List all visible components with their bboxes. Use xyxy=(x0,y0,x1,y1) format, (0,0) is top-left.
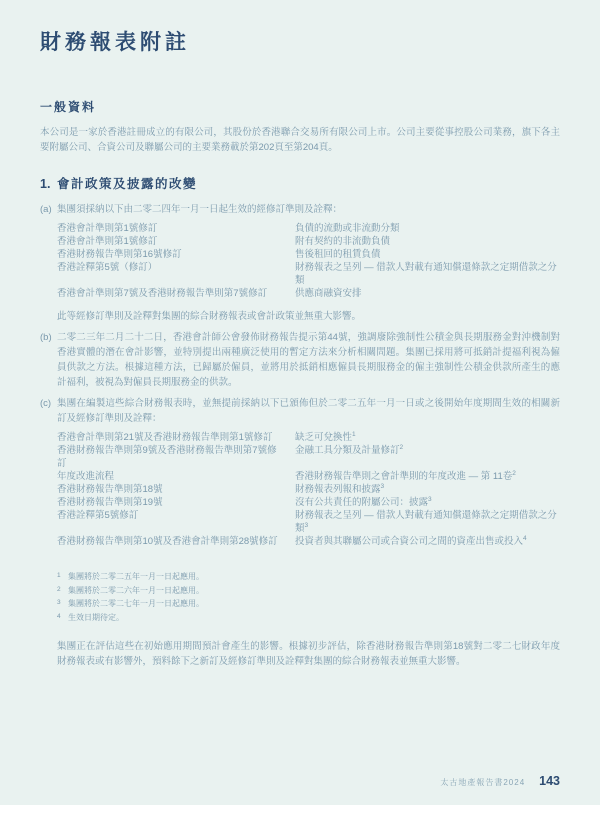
standard-name: 香港財務報告準則第19號 xyxy=(57,496,295,509)
standard-name: 香港財務報告準則第9號及香港財務報告準則第7號修訂 xyxy=(57,444,295,470)
standard-description: 投資者與其聯屬公司或合資公司之間的資產出售或投入4 xyxy=(295,535,560,548)
table-row: 香港詮釋第5號修訂 財務報表之呈列 — 借款人對載有通知償還條款之定期借款之分類… xyxy=(57,509,560,535)
footnote-marker: 3 xyxy=(57,596,68,610)
table-row: 香港財務報告準則第19號 沒有公共責任的附屬公司：披露3 xyxy=(57,496,560,509)
footnote-text: 集團將於二零二五年一月一日起應用。 xyxy=(68,570,204,584)
item-a-marker: (a) xyxy=(40,202,57,324)
item-a-body: 集團須採納以下由二零二四年一月一日起生效的經修訂準則及詮釋： 香港會計準則第1號… xyxy=(57,202,560,324)
footnote-item: 2 集團將於二零二六年一月一日起應用。 xyxy=(57,584,560,598)
standard-description: 缺乏可兌換性1 xyxy=(295,431,560,444)
section-heading-label: 會計政策及披露的改變 xyxy=(57,177,197,192)
standard-name: 香港財務報告準則第16號修訂 xyxy=(57,248,295,261)
table-row: 年度改進流程 香港財務報告準則之會計準則的年度改進 — 第 11卷2 xyxy=(57,470,560,483)
item-c-intro: 集團在編製這些綜合財務報表時，並無提前採納以下已頒佈但於二零二五年一月一日或之後… xyxy=(57,396,560,426)
standard-description: 財務報表列報和披露3 xyxy=(295,483,560,496)
footnote-ref: 1 xyxy=(352,431,356,438)
item-c: (c) 集團在編製這些綜合財務報表時，並無提前採納以下已頒佈但於二零二五年一月一… xyxy=(40,396,560,557)
document-page: 財務報表附註 一般資料 本公司是一家於香港註冊成立的有限公司，其股份於香港聯合交… xyxy=(0,0,600,814)
standard-description-text: 財務報表之呈列 — 借款人對載有通知償還條款之定期借款之分類 xyxy=(295,510,557,534)
item-a: (a) 集團須採納以下由二零二四年一月一日起生效的經修訂準則及詮釋： 香港會計準… xyxy=(40,202,560,324)
table-row: 香港財務報告準則第16號修訂 售後租回的租賃負債 xyxy=(57,248,560,261)
general-section: 一般資料 本公司是一家於香港註冊成立的有限公司，其股份於香港聯合交易所有限公司上… xyxy=(40,100,560,155)
standard-description: 沒有公共責任的附屬公司：披露3 xyxy=(295,496,560,509)
standard-description-text: 金融工具分類及計量修訂 xyxy=(295,445,400,456)
footnotes: 1 集團將於二零二五年一月一日起應用。 2 集團將於二零二六年一月一日起應用。 … xyxy=(57,570,560,624)
footnote-marker: 4 xyxy=(57,610,68,624)
footnote-item: 1 集團將於二零二五年一月一日起應用。 xyxy=(57,570,560,584)
section-number: 1. xyxy=(40,177,57,192)
table-row: 香港財務報告準則第10號及香港會計準則第28號修訂 投資者與其聯屬公司或合資公司… xyxy=(57,535,560,548)
footnote-ref: 4 xyxy=(523,535,527,542)
standard-name: 香港會計準則第1號修訂 xyxy=(57,222,295,235)
footnote-text: 生效日期待定。 xyxy=(68,611,124,625)
report-title: 太古地產報告書2024 xyxy=(440,777,525,788)
closing-paragraph: 集團正在評估這些在初始應用期間預計會產生的影響。根據初步評估，除香港財務報告準則… xyxy=(57,639,560,669)
standard-description: 供應商融資安排 xyxy=(295,287,560,300)
standard-name: 香港會計準則第21號及香港財務報告準則第1號修訂 xyxy=(57,431,295,444)
footnote-ref: 3 xyxy=(305,522,309,529)
standard-description-text: 財務報表列報和披露 xyxy=(295,484,381,495)
standard-description-text: 投資者與其聯屬公司或合資公司之間的資產出售或投入 xyxy=(295,536,523,547)
standard-description-text: 香港財務報告準則之會計準則的年度改進 — 第 11卷 xyxy=(295,471,512,482)
standard-description: 財務報表之呈列 — 借款人對載有通知償還條款之定期借款之分類 xyxy=(295,261,560,287)
standard-description-text: 缺乏可兌換性 xyxy=(295,432,352,443)
table-row: 香港詮釋第5號（修訂） 財務報表之呈列 — 借款人對載有通知償還條款之定期借款之… xyxy=(57,261,560,287)
standards-table-c: 香港會計準則第21號及香港財務報告準則第1號修訂 缺乏可兌換性1 香港財務報告準… xyxy=(57,431,560,548)
item-b-body: 二零二三年二月二十二日，香港會計師公會發佈財務報告提示第44號，強調廢除強制性公… xyxy=(57,330,560,390)
standard-name: 香港財務報告準則第18號 xyxy=(57,483,295,496)
standard-name: 香港詮釋第5號（修訂） xyxy=(57,261,295,287)
standard-description-text: 沒有公共責任的附屬公司：披露 xyxy=(295,497,428,508)
footnote-item: 4 生效日期待定。 xyxy=(57,611,560,625)
standards-table-a: 香港會計準則第1號修訂 負債的流動或非流動分類 香港會計準則第1號修訂 附有契約… xyxy=(57,222,560,300)
table-row: 香港會計準則第21號及香港財務報告準則第1號修訂 缺乏可兌換性1 xyxy=(57,431,560,444)
page-bottom-edge xyxy=(0,805,600,814)
standard-name: 年度改進流程 xyxy=(57,470,295,483)
table-row: 香港財務報告準則第9號及香港財務報告準則第7號修訂 金融工具分類及計量修訂2 xyxy=(57,444,560,470)
standard-description: 負債的流動或非流動分類 xyxy=(295,222,560,235)
general-heading: 一般資料 xyxy=(40,100,560,114)
table-row: 香港財務報告準則第18號 財務報表列報和披露3 xyxy=(57,483,560,496)
item-b: (b) 二零二三年二月二十二日，香港會計師公會發佈財務報告提示第44號，強調廢除… xyxy=(40,330,560,390)
footnote-text: 集團將於二零二六年一月一日起應用。 xyxy=(68,584,204,598)
page-title: 財務報表附註 xyxy=(40,30,560,56)
footnote-ref: 2 xyxy=(400,444,404,451)
item-a-outro: 此等經修訂準則及詮釋對集團的綜合財務報表或會計政策並無重大影響。 xyxy=(57,309,560,324)
item-a-intro: 集團須採納以下由二零二四年一月一日起生效的經修訂準則及詮釋： xyxy=(57,202,560,217)
standard-name: 香港會計準則第7號及香港財務報告準則第7號修訂 xyxy=(57,287,295,300)
standard-name: 香港會計準則第1號修訂 xyxy=(57,235,295,248)
item-c-marker: (c) xyxy=(40,396,57,557)
footnote-marker: 1 xyxy=(57,569,68,583)
page-number: 143 xyxy=(539,774,560,788)
footnote-ref: 2 xyxy=(512,470,516,477)
standard-description: 香港財務報告準則之會計準則的年度改進 — 第 11卷2 xyxy=(295,470,560,483)
standard-description: 附有契約的非流動負債 xyxy=(295,235,560,248)
page-footer: 太古地產報告書2024 143 xyxy=(440,774,560,788)
table-row: 香港會計準則第7號及香港財務報告準則第7號修訂 供應商融資安排 xyxy=(57,287,560,300)
footnote-ref: 3 xyxy=(428,496,432,503)
standard-description: 售後租回的租賃負債 xyxy=(295,248,560,261)
footnote-marker: 2 xyxy=(57,583,68,597)
standard-description: 財務報表之呈列 — 借款人對載有通知償還條款之定期借款之分類3 xyxy=(295,509,560,535)
section-1-heading: 1. 會計政策及披露的改變 xyxy=(40,177,560,192)
standard-description: 金融工具分類及計量修訂2 xyxy=(295,444,560,470)
table-row: 香港會計準則第1號修訂 附有契約的非流動負債 xyxy=(57,235,560,248)
footnote-item: 3 集團將於二零二七年一月一日起應用。 xyxy=(57,597,560,611)
general-paragraph: 本公司是一家於香港註冊成立的有限公司，其股份於香港聯合交易所有限公司上市。公司主… xyxy=(40,125,560,155)
standard-name: 香港詮釋第5號修訂 xyxy=(57,509,295,535)
standard-name: 香港財務報告準則第10號及香港會計準則第28號修訂 xyxy=(57,535,295,548)
footnote-text: 集團將於二零二七年一月一日起應用。 xyxy=(68,597,204,611)
table-row: 香港會計準則第1號修訂 負債的流動或非流動分類 xyxy=(57,222,560,235)
item-c-body: 集團在編製這些綜合財務報表時，並無提前採納以下已頒佈但於二零二五年一月一日或之後… xyxy=(57,396,560,557)
footnote-ref: 3 xyxy=(381,483,385,490)
item-b-paragraph: 二零二三年二月二十二日，香港會計師公會發佈財務報告提示第44號，強調廢除強制性公… xyxy=(57,330,560,390)
item-b-marker: (b) xyxy=(40,330,57,390)
